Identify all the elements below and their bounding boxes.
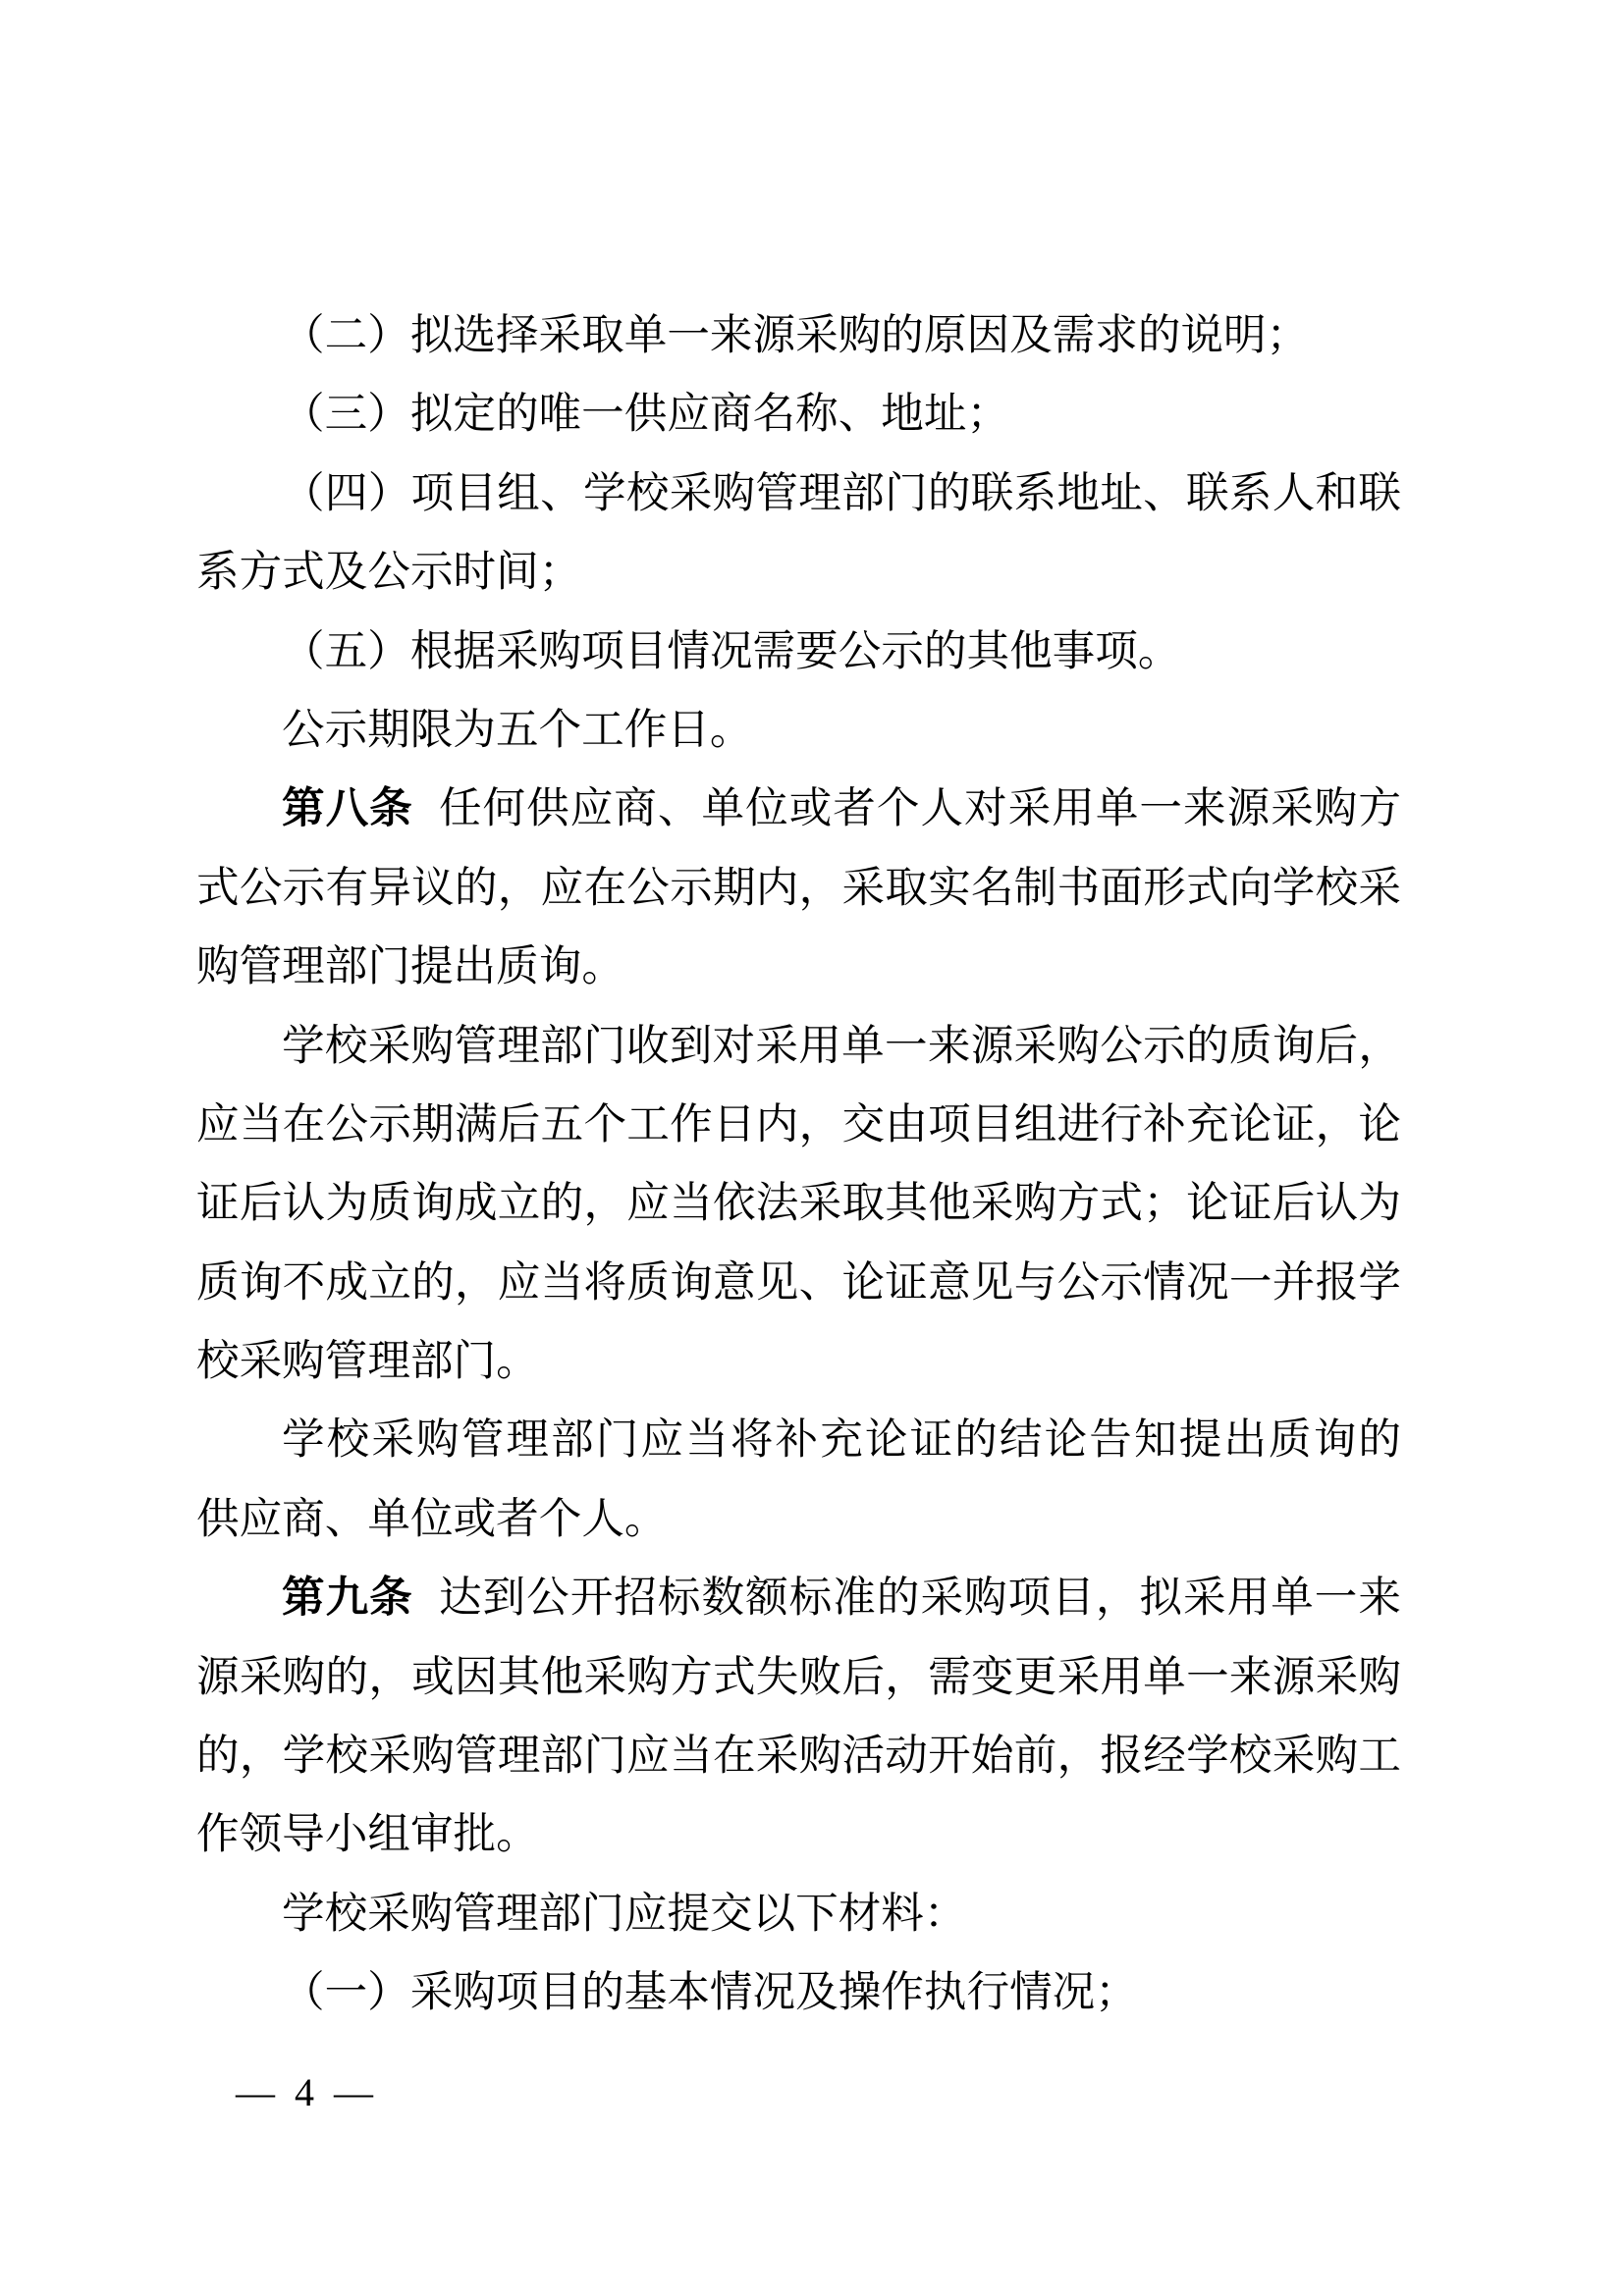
text-line: 学校采购管理部门应当将补充论证的结论告知提出质询的	[196, 1401, 1401, 1479]
line-text: 学校采购管理部门应提交以下材料：	[282, 1891, 967, 1938]
line-text: 学校采购管理部门应当将补充论证的结论告知提出质询的	[282, 1416, 1401, 1464]
text-line: （三）拟定的唯一供应商名称、地址；	[196, 375, 1401, 454]
text-line: 公示期限为五个工作日。	[196, 691, 1401, 770]
line-text: 学校采购管理部门收到对采用单一来源采购公示的质询后，	[282, 1023, 1401, 1070]
line-text: 式公示有异议的，应在公示期内，采取实名制书面形式向学校采	[196, 865, 1401, 912]
line-text: 任何供应商、单位或者个人对采用单一来源采购方	[439, 785, 1401, 832]
line-text: 系方式及公示时间；	[196, 549, 581, 596]
text-line: （五）根据采购项目情况需要公示的其他事项。	[196, 613, 1401, 691]
line-text: 供应商、单位或者个人。	[196, 1496, 668, 1543]
text-line: 作领导小组审批。	[196, 1795, 1401, 1874]
line-text: 购管理部门提出质询。	[196, 943, 624, 990]
text-line: 应当在公示期满后五个工作日内，交由项目组进行补充论证，论	[196, 1086, 1401, 1164]
text-line: 校采购管理部门。	[196, 1322, 1401, 1401]
document-page: （二）拟选择采取单一来源采购的原因及需求的说明；（三）拟定的唯一供应商名称、地址…	[0, 0, 1624, 2296]
text-line: （四）项目组、学校采购管理部门的联系地址、联系人和联	[196, 454, 1401, 533]
text-line: 第九条达到公开招标数额标准的采购项目，拟采用单一来	[196, 1559, 1401, 1637]
line-text: 的，学校采购管理部门应当在采购活动开始前，报经学校采购工	[196, 1733, 1401, 1780]
line-text: 证后认为质询成立的，应当依法采取其他采购方式；论证后认为	[196, 1180, 1401, 1227]
line-text: 源采购的，或因其他采购方式失败后，需变更采用单一来源采购	[196, 1654, 1401, 1701]
text-line: 第八条任何供应商、单位或者个人对采用单一来源采购方	[196, 770, 1401, 848]
text-block: （二）拟选择采取单一来源采购的原因及需求的说明；（三）拟定的唯一供应商名称、地址…	[196, 296, 1401, 2033]
text-line: 证后认为质询成立的，应当依法采取其他采购方式；论证后认为	[196, 1164, 1401, 1243]
line-text: （四）项目组、学校采购管理部门的联系地址、联系人和联	[282, 470, 1401, 517]
text-line: 学校采购管理部门收到对采用单一来源采购公示的质询后，	[196, 1007, 1401, 1086]
line-text: 应当在公示期满后五个工作日内，交由项目组进行补充论证，论	[196, 1101, 1401, 1148]
line-text: （二）拟选择采取单一来源采购的原因及需求的说明；	[282, 312, 1309, 359]
page-number: — 4 —	[236, 2073, 373, 2112]
article-term: 第九条	[282, 1575, 413, 1622]
line-text: （三）拟定的唯一供应商名称、地址；	[282, 391, 1009, 438]
text-line: 的，学校采购管理部门应当在采购活动开始前，报经学校采购工	[196, 1717, 1401, 1795]
text-line: 源采购的，或因其他采购方式失败后，需变更采用单一来源采购	[196, 1638, 1401, 1717]
text-line: 式公示有异议的，应在公示期内，采取实名制书面形式向学校采	[196, 849, 1401, 928]
text-line: 系方式及公示时间；	[196, 533, 1401, 612]
text-line: （二）拟选择采取单一来源采购的原因及需求的说明；	[196, 296, 1401, 375]
text-line: 购管理部门提出质询。	[196, 928, 1401, 1006]
line-text: 校采购管理部门。	[196, 1338, 539, 1385]
line-text: （五）根据采购项目情况需要公示的其他事项。	[282, 628, 1180, 675]
line-text: 公示期限为五个工作日。	[282, 707, 753, 754]
text-line: 学校采购管理部门应提交以下材料：	[196, 1875, 1401, 1953]
text-line: （一）采购项目的基本情况及操作执行情况；	[196, 1953, 1401, 2032]
text-line: 质询不成立的，应当将质询意见、论证意见与公示情况一并报学	[196, 1244, 1401, 1322]
text-line: 供应商、单位或者个人。	[196, 1480, 1401, 1559]
line-text: 达到公开招标数额标准的采购项目，拟采用单一来	[439, 1575, 1401, 1622]
line-text: （一）采购项目的基本情况及操作执行情况；	[282, 1969, 1138, 2016]
line-text: 作领导小组审批。	[196, 1811, 539, 1858]
line-text: 质询不成立的，应当将质询意见、论证意见与公示情况一并报学	[196, 1259, 1401, 1307]
article-term: 第八条	[282, 785, 413, 832]
